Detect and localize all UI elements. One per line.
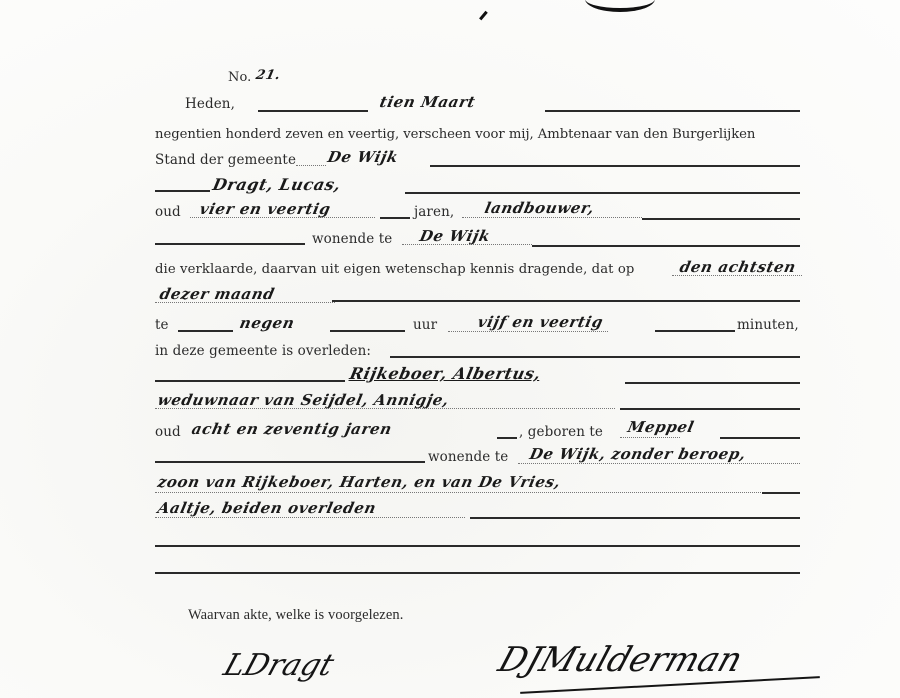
rule [497,437,517,439]
birthplace-label: , geboren te [519,424,603,440]
rule [720,437,800,439]
official-signature: DJMulderman [494,640,748,680]
rule [545,110,800,112]
deceased-residence-label: wonende te [428,449,508,465]
rule [620,408,800,410]
certificate-number: 21. [254,68,282,83]
dotted-fill [296,165,326,166]
declarant-residence-handwritten: De Wijk [418,227,492,245]
number-label: No. [228,70,251,85]
rule [642,218,800,220]
rule [470,517,800,519]
rule [430,165,800,167]
rule [155,243,305,245]
rule [178,330,233,332]
municipality-handwritten: De Wijk [326,148,400,166]
declaration-line: die verklaarde, daarvan uit eigen wetens… [155,262,634,277]
death-month-handwritten: dezer maand [158,285,276,303]
declarant-name-handwritten: Dragt, Lucas, [211,175,343,194]
top-ink-curve [585,0,655,12]
dotted-fill [448,331,608,332]
top-ink-mark [462,0,488,20]
parents-line1-handwritten: zoon van Rijkeboer, Harten, en van De Vr… [156,473,562,491]
dotted-fill [155,517,465,518]
deceased-residence-handwritten: De Wijk, zonder beroep, [528,445,748,463]
deceased-intro: in deze gemeente is overleden: [155,343,371,359]
dotted-fill [518,463,800,464]
dotted-fill [462,217,642,218]
rule [332,300,800,302]
rule [155,572,800,574]
stand-label: Stand der gemeente [155,152,296,168]
deceased-age-handwritten: acht en zeventig jaren [190,420,394,438]
rule [155,461,425,463]
rule [258,110,368,112]
date-handwritten: tien Maart [378,93,477,111]
rule [762,492,800,494]
time-te-label: te [155,317,169,333]
dotted-fill [155,492,765,493]
residence-label: wonende te [312,231,392,247]
hour-handwritten: negen [238,314,296,332]
rule [532,245,800,247]
dotted-fill [620,437,680,438]
heden-label: Heden, [185,96,235,112]
rule [405,192,800,194]
minutes-handwritten: vijf en veertig [476,313,605,331]
rule [380,217,410,219]
birthplace-handwritten: Meppel [626,418,696,436]
death-day-handwritten: den achtsten [678,258,798,276]
rule [390,356,800,358]
parents-line2-handwritten: Aaltje, beiden overleden [156,499,378,517]
age-label: oud [155,204,181,220]
certificate-page: No. 21. Heden, tien Maart negentien hond… [0,0,900,698]
widower-handwritten: weduwnaar van Seijdel, Annigje, [156,391,451,409]
declarant-signature: LDragt [219,648,338,683]
rule [625,382,800,384]
deceased-name-handwritten: Rijkeboer, Albertus, [348,364,543,383]
rule [155,545,800,547]
rule [330,330,405,332]
year-line: negentien honderd zeven en veertig, vers… [155,127,755,142]
closing-statement: Waarvan akte, welke is voorgelezen. [188,607,403,624]
declarant-occupation-handwritten: landbouwer, [483,199,596,217]
years-label: jaren, [414,204,454,220]
rule [655,330,735,332]
rule [155,190,210,192]
deceased-age-label: oud [155,424,181,440]
minutes-label: minuten, [737,317,799,333]
rule [155,380,345,382]
declarant-age-handwritten: vier en veertig [198,200,332,218]
hour-label: uur [413,317,437,333]
